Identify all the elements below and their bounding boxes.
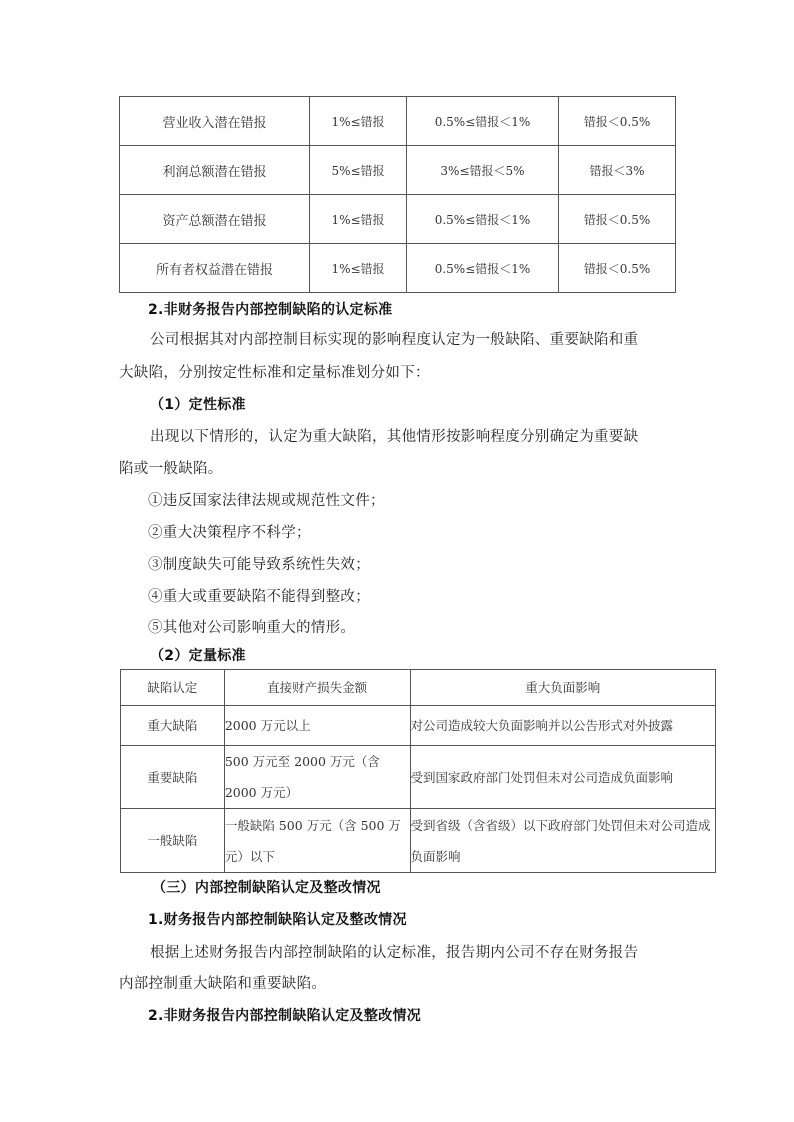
table-cell: 0.5%≤错报＜1% (407, 244, 559, 293)
paragraph-line: 内部控制重大缺陷和重要缺陷。 (119, 976, 326, 992)
subsection-heading: （1）定性标准 (150, 397, 246, 413)
table-cell: 错报＜0.5% (559, 195, 676, 244)
table-cell: 错报＜0.5% (559, 97, 676, 146)
table-cell: 利润总额潜在错报 (120, 146, 310, 195)
table-row: 重大缺陷 2000 万元以上 对公司造成较大负面影响并以公告形式对外披露 (121, 706, 716, 746)
column-header: 重大负面影响 (410, 670, 715, 706)
section-heading: （三）内部控制缺陷认定及整改情况 (152, 880, 381, 896)
table-cell: 5%≤错报 (310, 146, 407, 195)
list-item: ④重大或重要缺陷不能得到整改； (148, 589, 370, 605)
negative-impact: 对公司造成较大负面影响并以公告形式对外披露 (410, 706, 715, 746)
table-cell: 错报＜0.5% (559, 244, 676, 293)
column-header: 缺陷认定 (121, 670, 225, 706)
table-row: 资产总额潜在错报 1%≤错报 0.5%≤错报＜1% 错报＜0.5% (120, 195, 676, 244)
list-item: ③制度缺失可能导致系统性失效； (148, 557, 370, 573)
table-cell: 3%≤错报＜5% (407, 146, 559, 195)
table-cell: 错报＜3% (559, 146, 676, 195)
table-header-row: 缺陷认定 直接财产损失金额 重大负面影响 (121, 670, 716, 706)
loss-amount: 500 万元至 2000 万元（含 2000 万元） (224, 746, 410, 809)
loss-amount: 2000 万元以上 (224, 706, 410, 746)
subsection-heading: 1.财务报告内部控制缺陷认定及整改情况 (148, 912, 407, 928)
table-row: 一般缺陷 一般缺陷 500 万元（含 500 万元）以下 受到省级（含省级）以下… (121, 809, 716, 873)
table-row: 所有者权益潜在错报 1%≤错报 0.5%≤错报＜1% 错报＜0.5% (120, 244, 676, 293)
defect-level: 重大缺陷 (121, 706, 225, 746)
list-item: ①违反国家法律法规或规范性文件； (148, 493, 385, 509)
paragraph-line: 根据上述财务报告内部控制缺陷的认定标准，报告期内公司不存在财务报告 (150, 945, 638, 961)
paragraph-line: 出现以下情形的，认定为重大缺陷，其他情形按影响程度分别确定为重要缺 (150, 429, 638, 445)
table-cell: 1%≤错报 (310, 195, 407, 244)
table-cell: 0.5%≤错报＜1% (407, 97, 559, 146)
defect-level: 重要缺陷 (121, 746, 225, 809)
table-row: 利润总额潜在错报 5%≤错报 3%≤错报＜5% 错报＜3% (120, 146, 676, 195)
negative-impact: 受到省级（含省级）以下政府部门处罚但未对公司造成负面影响 (410, 809, 715, 873)
defect-criteria-table: 缺陷认定 直接财产损失金额 重大负面影响 重大缺陷 2000 万元以上 对公司造… (120, 669, 716, 873)
paragraph-line: 公司根据其对内部控制目标实现的影响程度认定为一般缺陷、重要缺陷和重 (150, 332, 638, 348)
negative-impact: 受到国家政府部门处罚但未对公司造成负面影响 (410, 746, 715, 809)
section-heading: 2.非财务报告内部控制缺陷的认定标准 (148, 302, 392, 318)
misstatement-threshold-table: 营业收入潜在错报 1%≤错报 0.5%≤错报＜1% 错报＜0.5% 利润总额潜在… (119, 96, 676, 293)
table-cell: 所有者权益潜在错报 (120, 244, 310, 293)
table-row: 营业收入潜在错报 1%≤错报 0.5%≤错报＜1% 错报＜0.5% (120, 97, 676, 146)
paragraph-line: 陷或一般缺陷。 (119, 461, 223, 477)
defect-level: 一般缺陷 (121, 809, 225, 873)
column-header: 直接财产损失金额 (224, 670, 410, 706)
table-row: 重要缺陷 500 万元至 2000 万元（含 2000 万元） 受到国家政府部门… (121, 746, 716, 809)
list-item: ②重大决策程序不科学； (148, 525, 311, 541)
paragraph-line: 大缺陷，分别按定性标准和定量标准划分如下： (119, 365, 430, 381)
table-cell: 1%≤错报 (310, 97, 407, 146)
list-item: ⑤其他对公司影响重大的情形。 (148, 620, 355, 636)
table-cell: 0.5%≤错报＜1% (407, 195, 559, 244)
loss-amount: 一般缺陷 500 万元（含 500 万元）以下 (224, 809, 410, 873)
subsection-heading: 2.非财务报告内部控制缺陷认定及整改情况 (148, 1008, 421, 1024)
table-cell: 资产总额潜在错报 (120, 195, 310, 244)
table-cell: 营业收入潜在错报 (120, 97, 310, 146)
table-cell: 1%≤错报 (310, 244, 407, 293)
subsection-heading: （2）定量标准 (150, 648, 246, 664)
